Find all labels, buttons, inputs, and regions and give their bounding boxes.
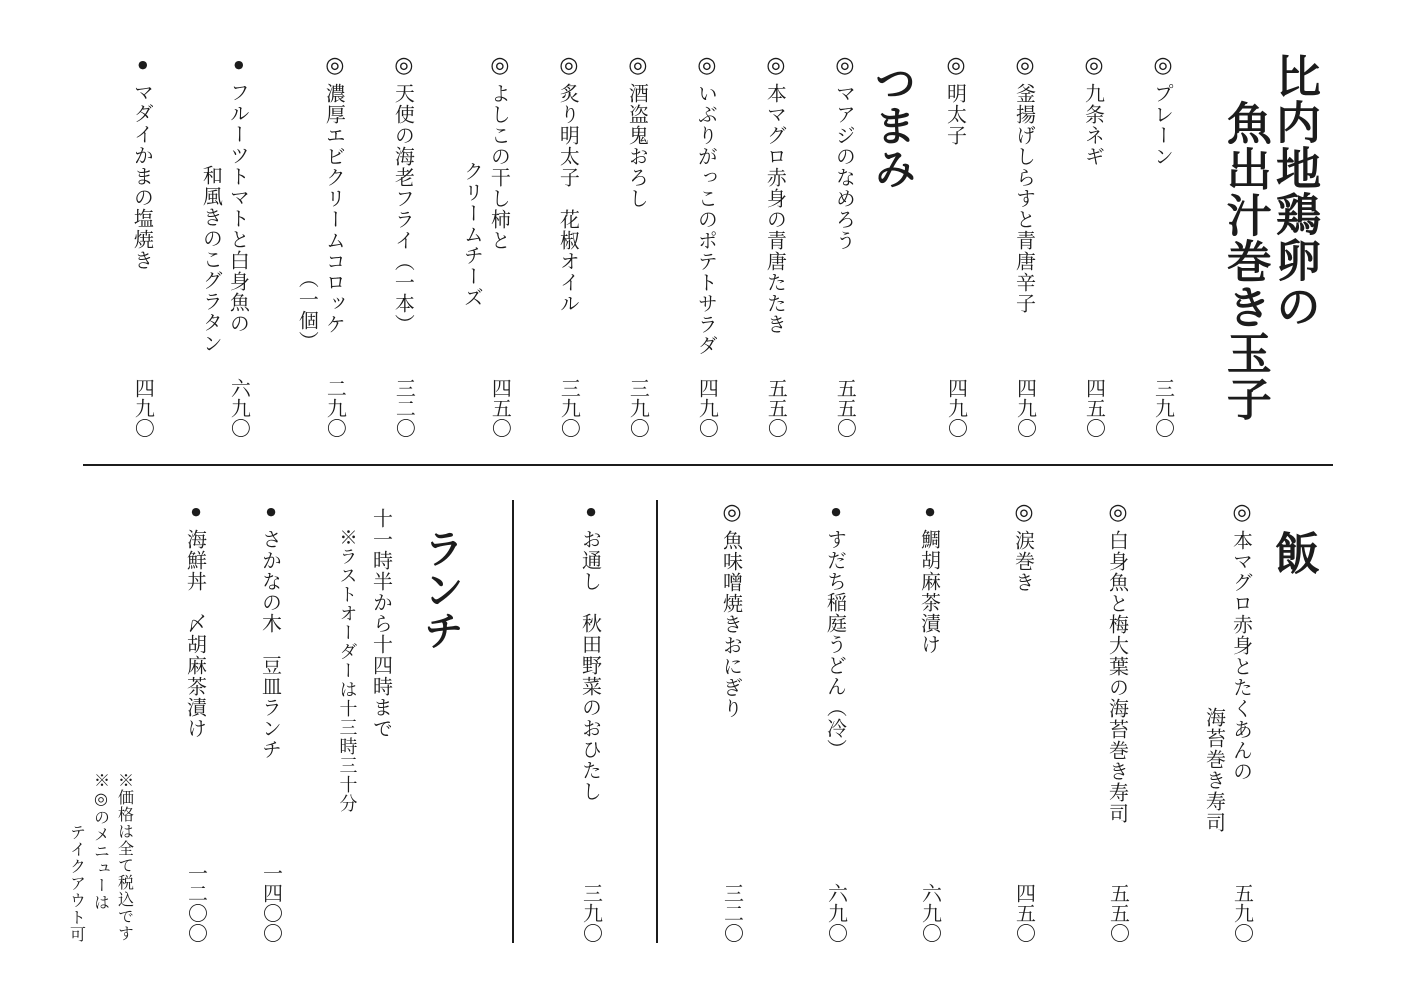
menu-item-plain: ◎プレーン 三九〇 <box>1151 53 1174 438</box>
item-name: ●さかなの木 豆皿ランチ <box>259 500 282 760</box>
menu-item-kujo-negi: ◎九条ネギ 四五〇 <box>1082 53 1105 438</box>
item-name-line2: クリームチーズ <box>460 53 483 308</box>
item-price: 四九〇 <box>696 378 717 438</box>
item-price: 三九〇 <box>627 378 648 438</box>
footnote-tax: ※価格は全て税込です <box>113 772 137 943</box>
item-price: 四五〇 <box>489 378 510 438</box>
menu-item-maguro-norimaki: ◎本マグロ赤身とたくあんの 海苔巻き寿司 五九〇 <box>1203 500 1253 943</box>
item-name-text: フルーツトマトと白身魚の <box>226 82 250 334</box>
takeout-marker-icon: ◎ <box>721 500 743 526</box>
item-name: ◎涙巻き <box>1012 500 1035 593</box>
section-tamagoyaki-tsumami: 比内地鶏卵の 魚出汁巻き玉子 ◎プレーン 三九〇 ◎九条ネギ 四五〇 ◎釜揚げし… <box>68 53 1318 438</box>
lunch-hours-info: 十一時半から十四時まで ※ラストオーダーは十三時三十分 <box>334 500 397 943</box>
item-price: 一二〇〇 <box>186 863 207 943</box>
item-price: 四九〇 <box>946 378 967 438</box>
item-name: ◎天使の海老フライ（一本） <box>391 53 414 335</box>
item-price: 三九〇 <box>581 883 602 943</box>
item-name: ●フルーツトマトと白身魚の 和風きのこグラタン <box>199 53 249 354</box>
dot-marker-icon: ● <box>266 505 277 519</box>
menu-item-madai-kama: ●マダイかまの塩焼き 四九〇 <box>130 53 153 438</box>
item-name: ●海鮮丼 〆胡麻茶漬け <box>184 500 207 739</box>
menu-item-namida-maki: ◎涙巻き 四五〇 <box>1012 500 1035 943</box>
item-name-text: さかなの木 豆皿ランチ <box>259 529 283 760</box>
item-price: 三九〇 <box>1153 378 1174 438</box>
item-name-text: マアジのなめろう <box>832 83 856 251</box>
item-price: 三九〇 <box>558 378 579 438</box>
item-name-text: マダイかまの塩焼き <box>130 82 154 271</box>
menu-item-tenshi-ebi-fry: ◎天使の海老フライ（一本） 三二〇 <box>391 53 414 438</box>
footnote-takeout-line1: ※◎のメニューは <box>89 772 113 943</box>
takeout-marker-icon: ◎ <box>1152 53 1174 79</box>
item-name-line2: 和風きのこグラタン <box>199 53 222 354</box>
item-name-text: プレーン <box>1151 83 1175 167</box>
section-meshi-lunch: 飯 ◎本マグロ赤身とたくあんの 海苔巻き寿司 五九〇 ◎白身魚と梅大葉の海苔巻き… <box>68 500 1318 943</box>
item-price: 四五〇 <box>1014 883 1035 943</box>
item-name-line2: 海苔巻き寿司 <box>1203 500 1226 833</box>
menu-item-shuto-oroshi: ◎酒盗鬼おろし 三九〇 <box>625 53 648 438</box>
item-name-text: 天使の海老フライ（一本） <box>391 83 415 335</box>
item-price: 三二〇 <box>722 883 743 943</box>
vertical-divider <box>656 500 658 943</box>
horizontal-section-divider <box>83 464 1333 466</box>
item-name-text: 魚味噌焼きおにぎり <box>720 530 744 719</box>
item-name-line2: （一個） <box>295 53 318 352</box>
item-name-text: すだち稲庭うどん（冷） <box>824 529 848 760</box>
footnote-takeout-line2: テイクアウト可 <box>65 772 89 943</box>
menu-item-misoyaki-onigiri: ◎魚味噌焼きおにぎり 三二〇 <box>720 500 743 943</box>
item-name: ◎本マグロ赤身の青唐たたき <box>763 53 786 335</box>
takeout-marker-icon: ◎ <box>488 53 510 79</box>
takeout-marker-icon: ◎ <box>1107 500 1129 526</box>
item-name-text: 本マグロ赤身とたくあんの <box>1230 530 1254 782</box>
item-price: 一四〇〇 <box>261 863 282 943</box>
item-name: ◎魚味噌焼きおにぎり <box>720 500 743 719</box>
menu-item-mentaiko: ◎明太子 四九〇 <box>944 53 967 438</box>
item-name-text: お通し 秋田野菜のおひたし <box>579 529 603 802</box>
takeout-marker-icon: ◎ <box>1083 53 1105 79</box>
item-name-text: 本マグロ赤身の青唐たたき <box>763 83 787 335</box>
menu-item-ebi-cream-croquette: ◎濃厚エビクリームコロッケ （一個） 二九〇 <box>295 53 345 438</box>
lunch-last-order-text: ※ラストオーダーは十三時三十分 <box>334 508 361 943</box>
section-header-tsumami: つまみ <box>869 53 915 438</box>
menu-item-namero: ◎マアジのなめろう 五五〇 <box>832 53 855 438</box>
menu-item-sudachi-udon: ●すだち稲庭うどん（冷） 六九〇 <box>824 500 847 943</box>
menu-item-iburigakko-salad: ◎いぶりがっこのポテトサラダ 四九〇 <box>694 53 717 438</box>
dot-marker-icon: ● <box>831 505 842 519</box>
section-header-meshi: 飯 <box>1269 500 1319 943</box>
item-price: 六九〇 <box>920 883 941 943</box>
menu-item-mamezara-lunch: ●さかなの木 豆皿ランチ 一四〇〇 <box>259 500 282 943</box>
item-name: ◎酒盗鬼おろし <box>625 53 648 209</box>
item-price: 六九〇 <box>826 883 847 943</box>
takeout-marker-icon: ◎ <box>833 53 855 79</box>
menu-title-line1: 比内地鶏卵の <box>1271 53 1318 438</box>
menu-title-line2: 魚出汁巻き玉子 <box>1222 53 1269 438</box>
menu-item-shiromi-norimaki: ◎白身魚と梅大葉の海苔巻き寿司 五五〇 <box>1106 500 1129 943</box>
dot-marker-icon: ● <box>191 505 202 519</box>
takeout-marker-icon: ◎ <box>626 53 648 79</box>
item-price: 四五〇 <box>1084 378 1105 438</box>
item-name: ●マダイかまの塩焼き <box>130 53 153 271</box>
item-name: ◎いぶりがっこのポテトサラダ <box>694 53 717 356</box>
takeout-marker-icon: ◎ <box>323 53 345 79</box>
item-name: ◎炙り明太子 花椒オイル <box>556 53 579 314</box>
dot-marker-icon: ● <box>233 58 244 72</box>
item-name: ●すだち稲庭うどん（冷） <box>824 500 847 760</box>
item-name: ◎プレーン <box>1151 53 1174 167</box>
footnotes: ※価格は全て税込です ※◎のメニューは テイクアウト可 <box>65 500 137 943</box>
takeout-marker-icon: ◎ <box>1231 500 1253 526</box>
menu-item-otoshi: ●お通し 秋田野菜のおひたし 三九〇 <box>579 500 602 943</box>
dot-marker-icon: ● <box>586 505 597 519</box>
menu-item-hoshigaki-cheese: ◎よしこの干し柿と クリームチーズ 四五〇 <box>460 53 510 438</box>
item-name-text: 酒盗鬼おろし <box>625 83 649 209</box>
menu-item-maguro-tataki: ◎本マグロ赤身の青唐たたき 五五〇 <box>763 53 786 438</box>
takeout-marker-icon: ◎ <box>557 53 579 79</box>
item-price: 五五〇 <box>834 378 855 438</box>
item-name: ●鯛胡麻茶漬け <box>918 500 941 655</box>
item-price: 六九〇 <box>228 378 249 438</box>
item-name-text: よしこの干し柿と <box>487 83 511 251</box>
item-name: ◎マアジのなめろう <box>832 53 855 251</box>
item-name: ◎九条ネギ <box>1082 53 1105 167</box>
item-price: 五九〇 <box>1232 883 1253 943</box>
menu-item-kaisendon: ●海鮮丼 〆胡麻茶漬け 一二〇〇 <box>184 500 207 943</box>
item-name-text: 涙巻き <box>1012 530 1036 593</box>
item-price: 四九〇 <box>1015 378 1036 438</box>
item-price: 五五〇 <box>1108 883 1129 943</box>
takeout-marker-icon: ◎ <box>1013 500 1035 526</box>
item-name: ◎白身魚と梅大葉の海苔巻き寿司 <box>1106 500 1129 824</box>
item-name-text: 釜揚げしらすと青唐辛子 <box>1013 83 1037 314</box>
takeout-marker-icon: ◎ <box>695 53 717 79</box>
takeout-marker-icon: ◎ <box>945 53 967 79</box>
dot-marker-icon: ● <box>925 505 936 519</box>
item-price: 四九〇 <box>132 378 153 438</box>
item-name-text: 白身魚と梅大葉の海苔巻き寿司 <box>1106 530 1130 824</box>
menu-item-tai-chazuke: ●鯛胡麻茶漬け 六九〇 <box>918 500 941 943</box>
item-name: ●お通し 秋田野菜のおひたし <box>579 500 602 802</box>
item-name: ◎よしこの干し柿と クリームチーズ <box>460 53 510 308</box>
item-price: 五五〇 <box>765 378 786 438</box>
vertical-divider <box>512 500 514 943</box>
lunch-hours-text: 十一時半から十四時まで <box>367 508 397 943</box>
item-name-text: 鯛胡麻茶漬け <box>918 529 942 655</box>
menu-item-shirasu: ◎釜揚げしらすと青唐辛子 四九〇 <box>1013 53 1036 438</box>
item-name: ◎明太子 <box>944 53 967 146</box>
item-name-text: いぶりがっこのポテトサラダ <box>694 83 718 356</box>
item-price: 二九〇 <box>324 378 345 438</box>
item-name: ◎釜揚げしらすと青唐辛子 <box>1013 53 1036 314</box>
menu-item-aburi-mentaiko: ◎炙り明太子 花椒オイル 三九〇 <box>556 53 579 438</box>
item-price: 三二〇 <box>393 378 414 438</box>
item-name-text: 明太子 <box>944 83 968 146</box>
item-name-text: 炙り明太子 花椒オイル <box>556 83 580 314</box>
takeout-marker-icon: ◎ <box>764 53 786 79</box>
menu-item-tomato-gratin: ●フルーツトマトと白身魚の 和風きのこグラタン 六九〇 <box>199 53 249 438</box>
menu-title: 比内地鶏卵の 魚出汁巻き玉子 <box>1222 53 1319 438</box>
dot-marker-icon: ● <box>137 58 148 72</box>
item-name-text: 海鮮丼 〆胡麻茶漬け <box>184 529 208 739</box>
item-name-text: 濃厚エビクリームコロッケ <box>322 83 346 335</box>
section-header-lunch: ランチ <box>419 500 463 943</box>
takeout-marker-icon: ◎ <box>1014 53 1036 79</box>
menu-page: 比内地鶏卵の 魚出汁巻き玉子 ◎プレーン 三九〇 ◎九条ネギ 四五〇 ◎釜揚げし… <box>0 0 1416 1003</box>
takeout-marker-icon: ◎ <box>392 53 414 79</box>
item-name-text: 九条ネギ <box>1082 83 1106 167</box>
item-name: ◎本マグロ赤身とたくあんの 海苔巻き寿司 <box>1203 500 1253 833</box>
item-name: ◎濃厚エビクリームコロッケ （一個） <box>295 53 345 352</box>
